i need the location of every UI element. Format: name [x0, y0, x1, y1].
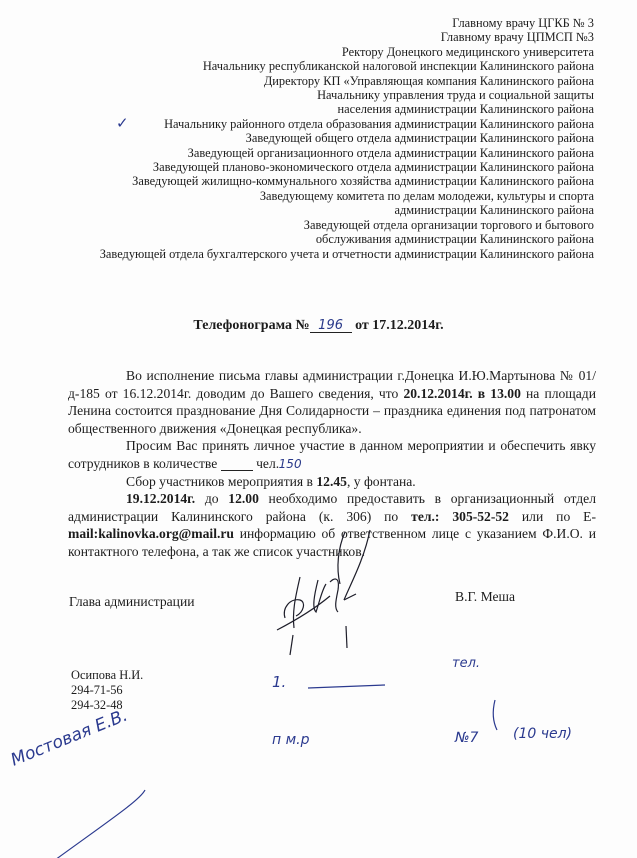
handwritten-note-2: п м.р [272, 732, 310, 748]
handwritten-note-4: (10 чел) [513, 726, 572, 742]
scanned-document-page: Главному врачу ЦГКБ № 3 Главному врачу Ц… [0, 0, 637, 858]
handwritten-note-3: №7 [455, 730, 478, 746]
handwritten-note-tel: тел. [452, 656, 480, 671]
